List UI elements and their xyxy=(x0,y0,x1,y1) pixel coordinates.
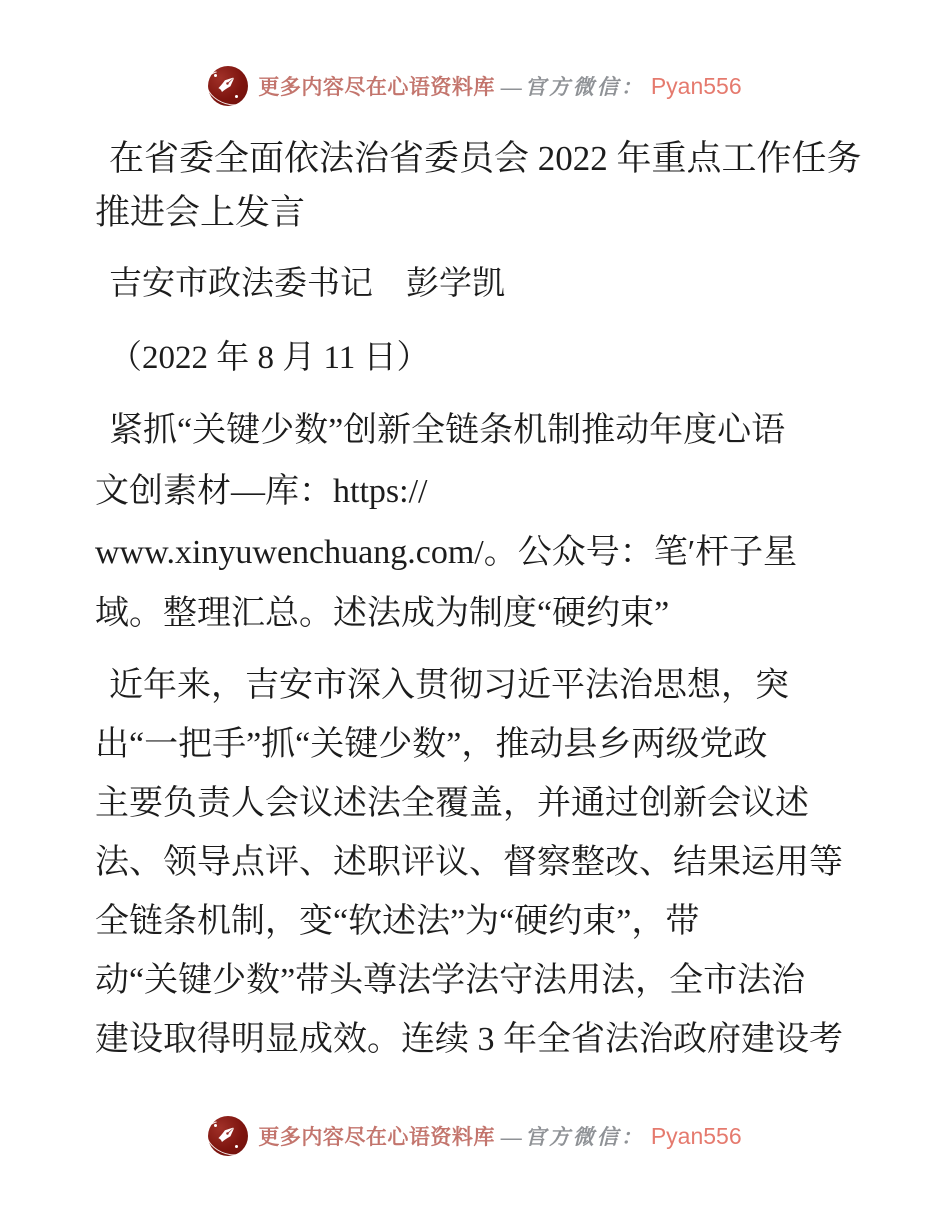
watermark-wechat-label: —官方微信： xyxy=(501,71,645,101)
paragraph-line: www.xinyuwenchuang.com/。公众号：笔′杆子星 xyxy=(95,522,863,583)
paragraph-line: 法、领导点评、述职评议、督察整改、结果运用等 xyxy=(95,833,863,892)
watermark-wechat-id: Pyan556 xyxy=(651,73,742,100)
document-page: ✒ 更多内容尽在心语资料库 —官方微信： Pyan556 在省委全面依法治省委员… xyxy=(0,0,950,1230)
watermark-wechat-id: Pyan556 xyxy=(651,1123,742,1150)
paragraph-1: 紧抓“关键少数”创新全链条机制推动年度心语 文创素材—库：https:// ww… xyxy=(95,400,863,644)
paragraph-line: 建设取得明显成效。连续 3 年全省法治政府建设考 xyxy=(95,1010,863,1069)
author-text: 吉安市政法委书记 彭学凯 xyxy=(95,258,863,310)
paragraph-line: 文创素材—库：https:// xyxy=(95,461,863,522)
watermark-brand-text: 更多内容尽在心语资料库 xyxy=(258,71,495,101)
paragraph-2: 近年来，吉安市深入贯彻习近平法治思想，突 出“一把手”抓“关键少数”，推动县乡两… xyxy=(95,656,863,1069)
pen-nib-logo-icon: ✒ xyxy=(208,1116,248,1156)
date-line: （2022 年 8 月 11 日） xyxy=(95,332,863,384)
footer-watermark: ✒ 更多内容尽在心语资料库 —官方微信： Pyan556 xyxy=(0,1116,950,1156)
watermark-brand-text: 更多内容尽在心语资料库 xyxy=(258,1121,495,1151)
title-line: 在省委全面依法治省委员会 2022 年重点工作任务 xyxy=(95,132,863,186)
author-line: 吉安市政法委书记 彭学凯 xyxy=(95,258,863,310)
title-line: 推进会上发言 xyxy=(95,186,863,240)
paragraph-line: 紧抓“关键少数”创新全链条机制推动年度心语 xyxy=(95,400,863,461)
paragraph-line: 域。整理汇总。述法成为制度“硬约束” xyxy=(95,583,863,644)
pen-nib-logo-icon: ✒ xyxy=(208,66,248,106)
paragraph-line: 出“一把手”抓“关键少数”，推动县乡两级党政 xyxy=(95,715,863,774)
document-title: 在省委全面依法治省委员会 2022 年重点工作任务 推进会上发言 xyxy=(95,132,863,240)
header-watermark: ✒ 更多内容尽在心语资料库 —官方微信： Pyan556 xyxy=(0,66,950,106)
paragraph-line: 全链条机制，变“软述法”为“硬约束”，带 xyxy=(95,892,863,951)
document-content: 在省委全面依法治省委员会 2022 年重点工作任务 推进会上发言 吉安市政法委书… xyxy=(95,108,863,1069)
date-text: （2022 年 8 月 11 日） xyxy=(95,332,863,384)
paragraph-line: 近年来，吉安市深入贯彻习近平法治思想，突 xyxy=(95,656,863,715)
paragraph-line: 动“关键少数”带头尊法学法守法用法，全市法治 xyxy=(95,951,863,1010)
paragraph-line: 主要负责人会议述法全覆盖，并通过创新会议述 xyxy=(95,774,863,833)
watermark-wechat-label: —官方微信： xyxy=(501,1121,645,1151)
